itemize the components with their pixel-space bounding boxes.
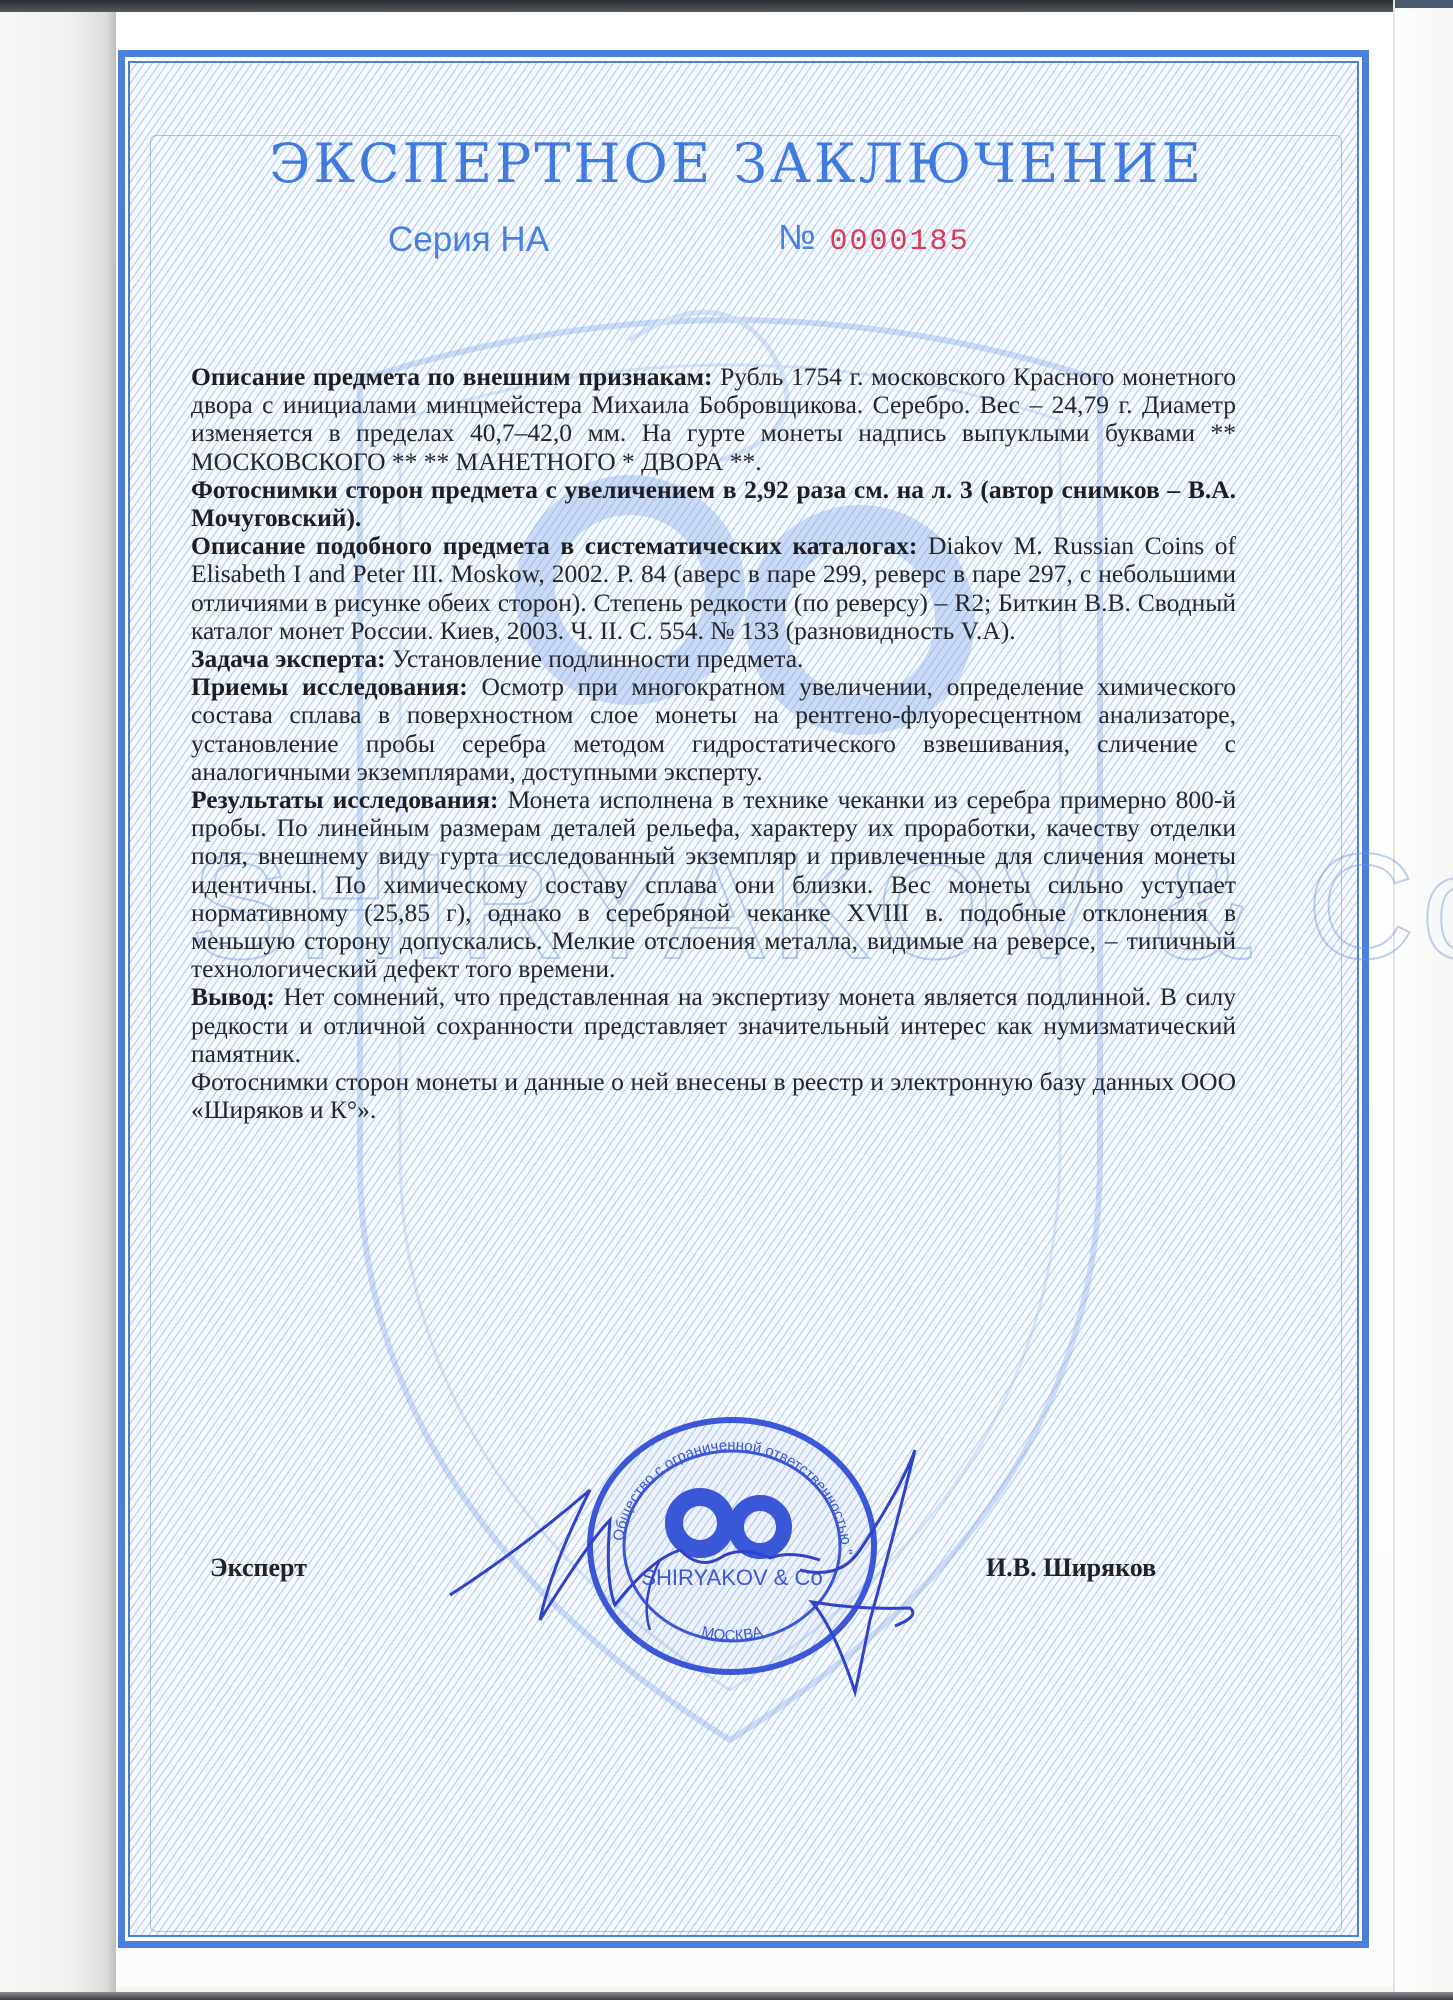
right-page-edge — [1393, 0, 1453, 2000]
number-sign: № — [778, 218, 816, 257]
section-text: Фотоснимки сторон монеты и данные о ней … — [191, 1067, 1236, 1124]
section-item-results: Результаты исследования: Монета исполнен… — [191, 786, 1236, 983]
document-title: ЭКСПЕРТНОЕ ЗАКЛЮЧЕНИЕ — [0, 132, 1453, 195]
scanner-edge-bottom — [0, 1992, 1453, 2000]
section-item-conclusion: Вывод: Нет сомнений, что представленная … — [191, 983, 1236, 1068]
conclusion-body: Описание предмета по внешним признакам: … — [191, 363, 1236, 1124]
left-page-fold — [0, 12, 116, 1997]
section-item-description: Описание предмета по внешним признакам: … — [191, 363, 1236, 476]
section-label: Вывод: — [191, 982, 275, 1011]
expert-role-label: Эксперт — [210, 1553, 307, 1583]
scanner-edge-top — [0, 0, 1453, 12]
section-item-registry: Фотоснимки сторон монеты и данные о ней … — [191, 1068, 1236, 1124]
section-label: Описание предмета по внешним признакам: — [191, 362, 712, 391]
number-value: 0000185 — [830, 225, 970, 259]
section-item-methods: Приемы исследования: Осмотр при многокра… — [191, 673, 1236, 786]
handwritten-signature-icon — [440, 1430, 1040, 1700]
section-label: Приемы исследования: — [191, 672, 468, 701]
section-label: Фотоснимки сторон предмета с увеличением… — [191, 475, 1236, 532]
section-text: Установление подлинности предмета. — [386, 644, 804, 673]
document-number: №0000185 — [778, 218, 970, 259]
series-label: Серия НА — [388, 220, 549, 260]
section-label: Описание подобного предмета в систематич… — [191, 531, 917, 560]
section-label: Задача эксперта: — [191, 644, 386, 673]
scanner-edge-corner — [1395, 0, 1453, 8]
section-item-task: Задача эксперта: Установление подлинност… — [191, 645, 1236, 673]
section-text: Монета исполнена в технике чеканки из се… — [191, 785, 1236, 983]
section-item-catalogs: Описание подобного предмета в систематич… — [191, 532, 1236, 645]
section-text: Нет сомнений, что представленная на эксп… — [191, 982, 1236, 1067]
section-label: Результаты исследования: — [191, 785, 499, 814]
section-item-photos: Фотоснимки сторон предмета с увеличением… — [191, 476, 1236, 532]
